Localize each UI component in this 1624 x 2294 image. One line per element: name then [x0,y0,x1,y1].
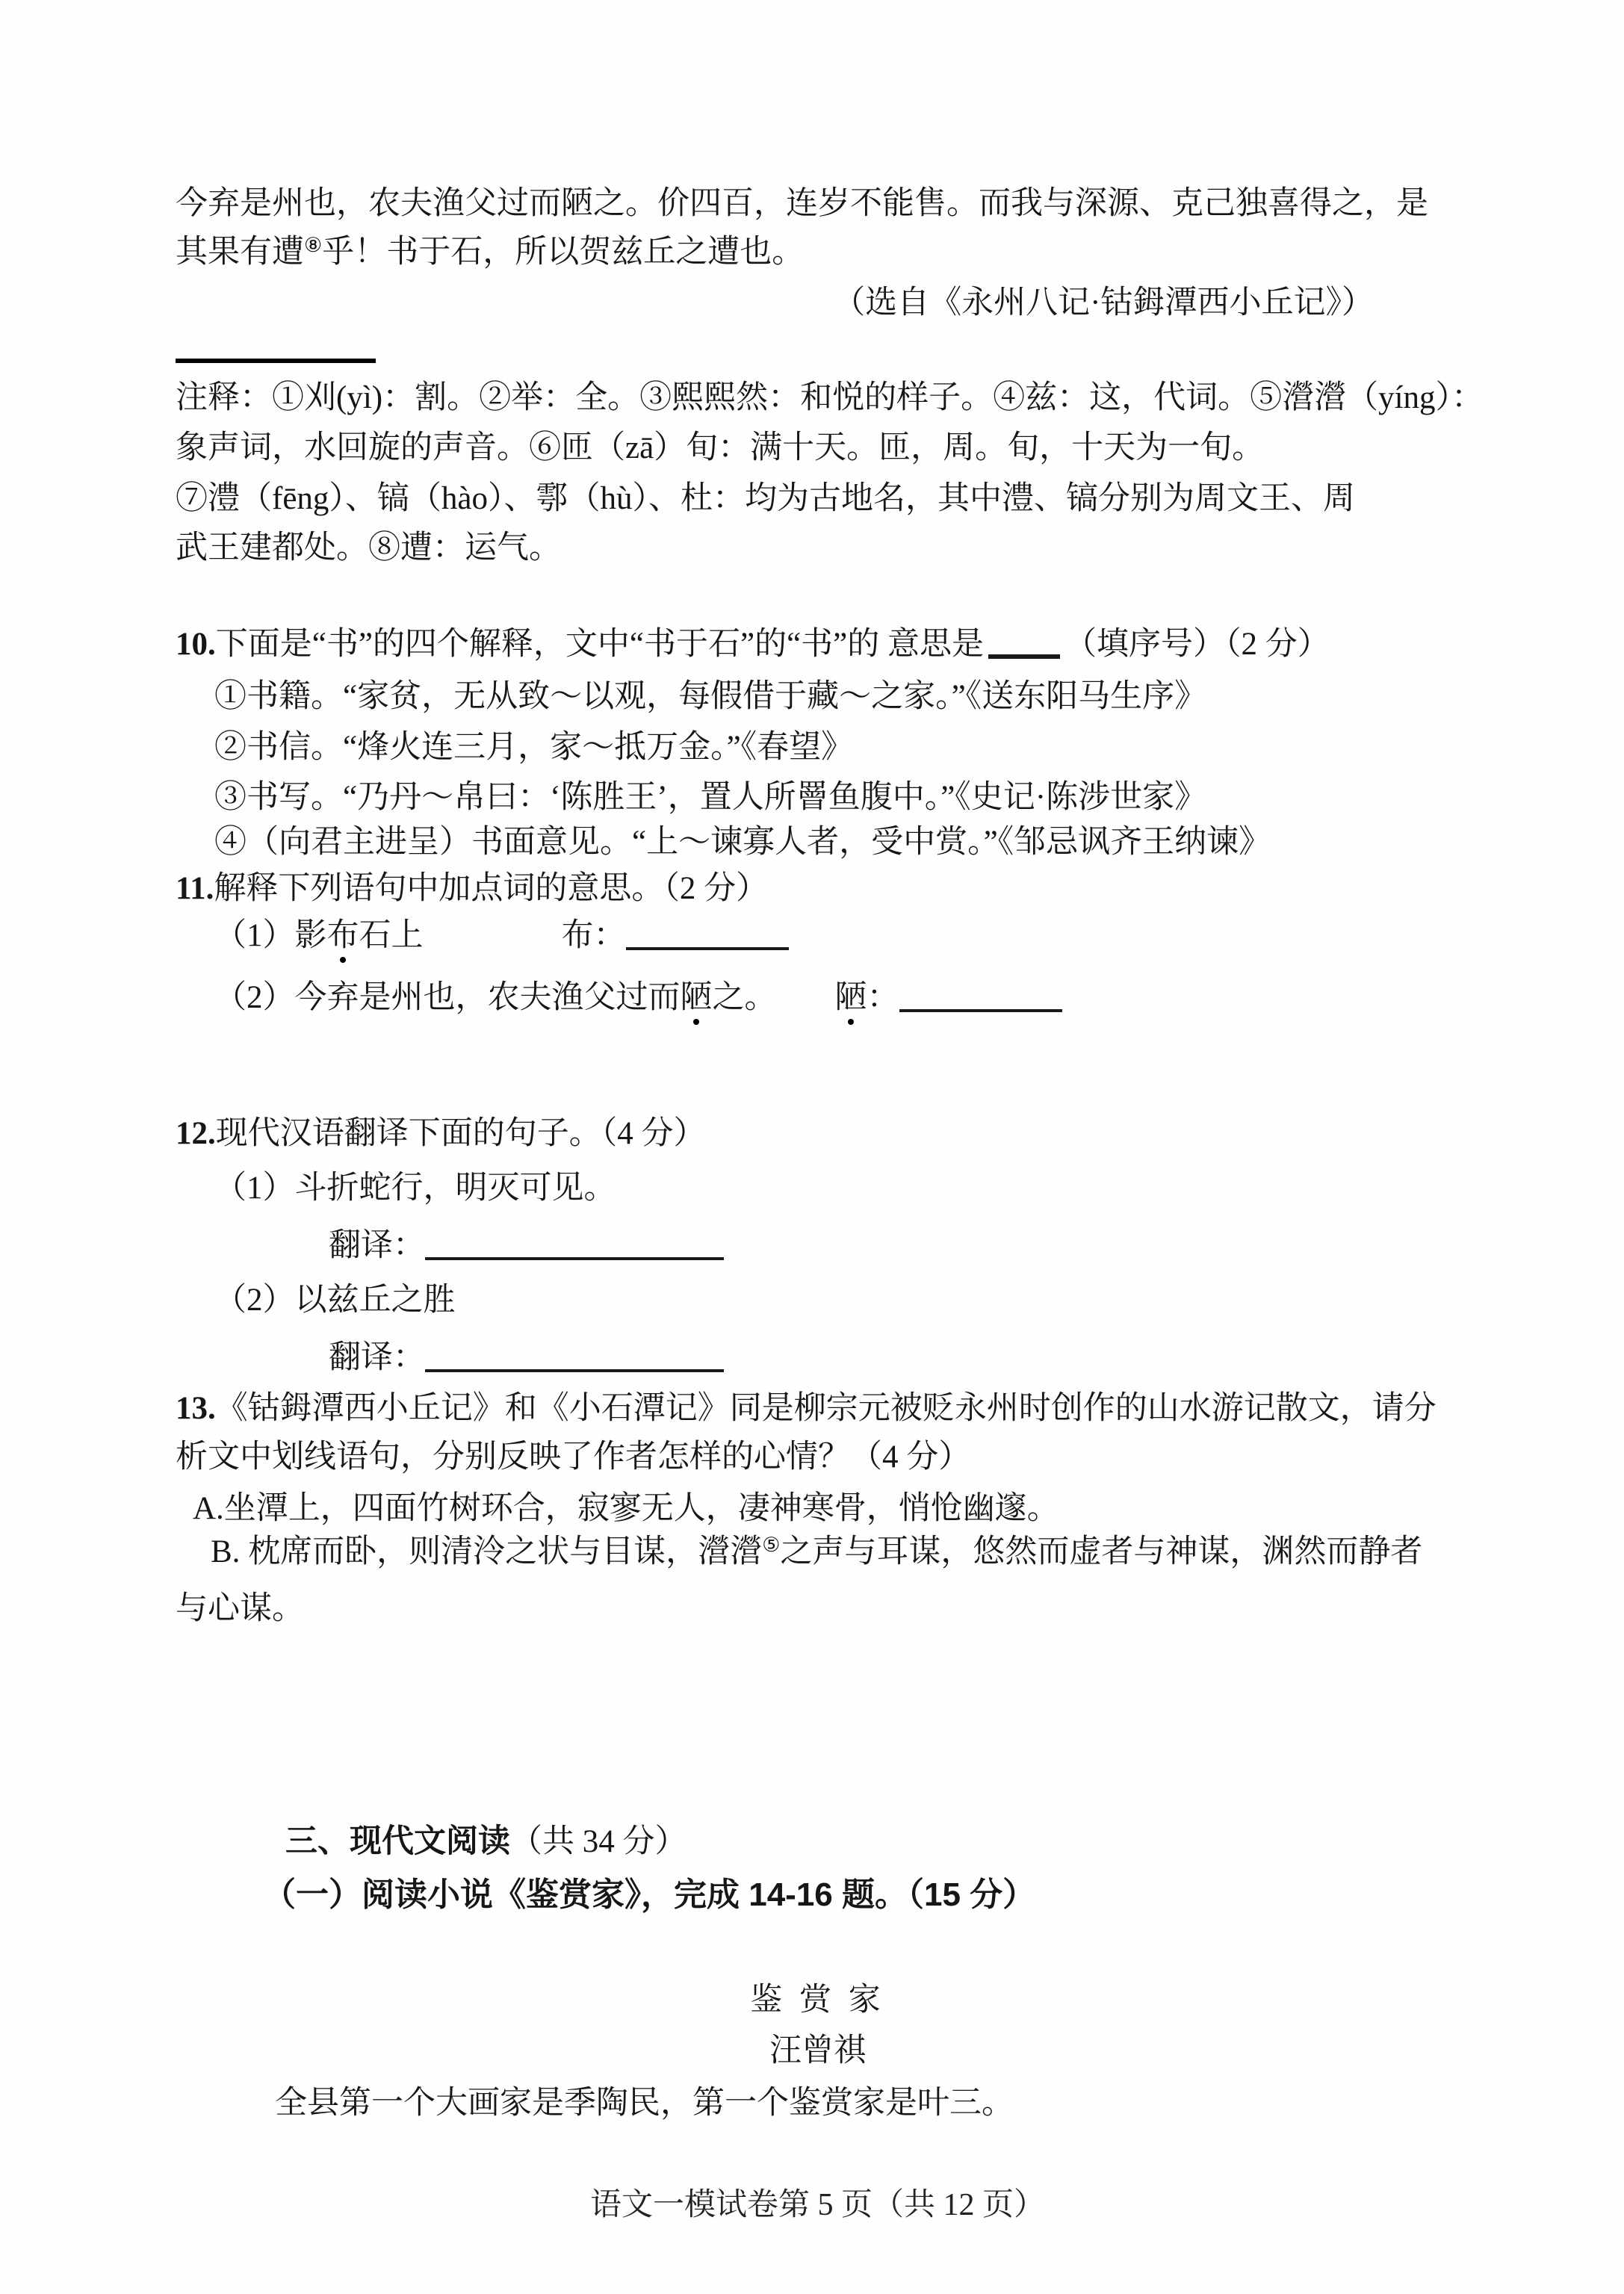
question-text: 析文中划线语句，分别反映了作者怎样的心情？（4 分） [176,1439,970,1475]
question-11-item-1: （1）影布石上布： [214,915,1460,957]
story-author-text: 汪曾祺 [769,2033,866,2068]
question-13-option-a: A.坐潭上，四面竹树环合，寂寥无人，凄神寒骨，悄怆幽邃。 [193,1488,1460,1530]
notes-separator-rule [176,359,376,363]
exam-paper-page: 今弃是州也，农夫渔父过而陋之。价四百，连岁不能售。而我与深源、克己独喜得之，是 … [0,0,1624,2294]
passage-source-line: （选自《永州八记·钴鉧潭西小丘记》） [176,282,1374,324]
question-number: 10. [176,627,216,662]
question-10-option-2: ②书信。“烽火连三月，家～抵万金。”《春望》 [214,727,1460,769]
answer-blank [899,987,1062,1012]
emphasized-char: 陋 [681,980,713,1015]
passage-text: 其果有遭 [176,235,304,270]
quoted-sentence: （1）斗折蛇行，明灭可见。 [214,1171,616,1206]
question-text: 现代汉语翻译下面的句子。（4 分） [216,1116,706,1151]
quoted-phrase: 石上 [359,918,424,953]
quoted-phrase: （1）影 [214,918,327,953]
option-text: ④（向君主进呈）书面意见。“上～谏寡人者，受中赏。”《邹忌讽齐王纳谏》 [214,825,1271,860]
quoted-sentence: （2）以兹丘之胜 [214,1283,456,1318]
question-11-stem: 11.解释下列语句中加点词的意思。（2 分） [176,868,1460,910]
subsection-title: （一）阅读小说《鉴赏家》，完成 14-16 题。（15 分） [263,1876,1035,1913]
option-text: ②书信。“烽火连三月，家～抵万金。”《春望》 [214,730,853,765]
source-citation: （选自《永州八记·钴鉧潭西小丘记》） [833,285,1374,320]
quoted-phrase: （2）今弃是州也，农夫渔父过而 [214,980,681,1015]
section-title: 三、现代文阅读 [285,1824,510,1859]
translation-line-2: 翻译： [329,1337,1460,1379]
note-text: 象声词，水回旋的声音。⑥匝（zā）旬：满十天。匝，周。旬，十天为一旬。 [176,430,1264,465]
section-3-heading: 三、现代文阅读（共 34 分） [285,1821,1460,1863]
question-10-option-4: ④（向君主进呈）书面意见。“上～谏寡人者，受中赏。”《邹忌讽齐王纳谏》 [214,822,1460,864]
answer-blank [425,1235,724,1260]
question-12-item-1: （1）斗折蛇行，明灭可见。 [214,1168,1460,1209]
story-title-text: 鉴 赏 家 [750,1983,885,2018]
option-text: A.坐潭上，四面竹树环合，寂寥无人，凄神寒骨，悄怆幽邃。 [193,1491,1059,1526]
translation-label: 翻译： [329,1340,425,1375]
option-text: 之声与耳谋，悠然而虚者与神谋，渊然而静者 [780,1534,1422,1569]
question-number: 11. [176,871,214,906]
question-text: 下面是“书”的四个解释，文中“书于石”的“书”的 意思是 [216,627,984,662]
footnote-ref-8: ⑧ [304,234,322,256]
question-11-item-2: （2）今弃是州也，农夫渔父过而陋之。陋： [214,977,1460,1019]
notes-line-3: ⑦澧（fēng）、镐（hào）、鄠（hù）、杜：均为古地名，其中澧、镐分别为周文… [176,478,1460,520]
option-text: ③书写。“乃丹～帛曰：‘陈胜王’，置人所罾鱼腹中。”《史记·陈涉世家》 [214,780,1206,815]
question-10-stem: 10.下面是“书”的四个解释，文中“书于石”的“书”的 意思是（填序号）（2 分… [176,624,1460,666]
quoted-phrase: 之。 [713,980,777,1015]
footer-text: 语文一模试卷第 5 页（共 12 页） [590,2188,1045,2222]
question-12-stem: 12.现代汉语翻译下面的句子。（4 分） [176,1113,1460,1155]
story-title: 鉴 赏 家 [176,1980,1460,2021]
question-10-option-3: ③书写。“乃丹～帛曰：‘陈胜王’，置人所罾鱼腹中。”《史记·陈涉世家》 [214,777,1460,819]
question-12-item-2: （2）以兹丘之胜 [214,1280,1460,1321]
classical-passage-line-2: 其果有遭⑧乎！书于石，所以贺兹丘之遭也。 [176,232,1460,273]
story-author: 汪曾祺 [176,2030,1460,2072]
question-text: 解释下列语句中加点词的意思。（2 分） [214,871,768,906]
translation-label: 翻译： [329,1228,425,1263]
note-text: ⑦澧（fēng）、镐（hào）、鄠（hù）、杜：均为古地名，其中澧、镐分别为周文… [176,481,1355,516]
notes-line-4: 武王建都处。⑧遭：运气。 [176,527,1460,569]
note-text: 注释：①刈(yì)：割。②举：全。③熙熙然：和悦的样子。④兹：这，代词。⑤瀯瀯（… [176,380,1484,415]
footnote-ref-5: ⑤ [762,1534,780,1556]
story-text: 全县第一个大画家是季陶民，第一个鉴赏家是叶三。 [275,2086,1014,2121]
answer-label-colon: ： [867,980,899,1015]
question-10-option-1: ①书籍。“家贫，无从致～以观，每假借于藏～之家。”《送东阳马生序》 [214,676,1460,718]
passage-text: 乎！书于石，所以贺兹丘之遭也。 [322,235,804,270]
question-text: 《钴鉧潭西小丘记》和《小石潭记》同是柳宗元被贬永州时创作的山水游记散文，请分 [216,1391,1437,1426]
translation-line-1: 翻译： [329,1225,1460,1267]
answer-blank [988,632,1060,659]
option-text: B. 枕席而卧，则清泠之状与目谋，瀯瀯 [211,1534,762,1569]
notes-line-1: 注释：①刈(yì)：割。②举：全。③熙熙然：和悦的样子。④兹：这，代词。⑤瀯瀯（… [176,377,1460,419]
question-number: 12. [176,1116,216,1151]
answer-blank [425,1347,724,1372]
section-points: （共 34 分） [510,1824,687,1859]
question-13-option-b-line-1: B. 枕席而卧，则清泠之状与目谋，瀯瀯⑤之声与耳谋，悠然而虚者与神谋，渊然而静者 [211,1531,1460,1573]
note-text: 武王建都处。⑧遭：运气。 [176,530,561,565]
answer-label-char: 陋 [835,980,867,1015]
notes-line-2: 象声词，水回旋的声音。⑥匝（zā）旬：满十天。匝，周。旬，十天为一旬。 [176,427,1460,469]
emphasized-char: 布 [327,918,359,953]
question-13-stem-line-2: 析文中划线语句，分别反映了作者怎样的心情？（4 分） [176,1436,1460,1478]
question-13-option-b-line-2: 与心谋。 [176,1588,1460,1630]
page-footer: 语文一模试卷第 5 页（共 12 页） [176,2185,1460,2226]
option-text: ①书籍。“家贫，无从致～以观，每假借于藏～之家。”《送东阳马生序》 [214,679,1206,714]
option-text: 与心谋。 [176,1591,304,1626]
question-number: 13. [176,1391,216,1426]
question-text: （填序号）（2 分） [1064,627,1330,662]
classical-passage-line-1: 今弃是州也，农夫渔父过而陋之。价四百，连岁不能售。而我与深源、克己独喜得之，是 [176,183,1460,225]
story-first-paragraph: 全县第一个大画家是季陶民，第一个鉴赏家是叶三。 [275,2083,1460,2124]
answer-blank [626,925,789,950]
question-13-stem-line-1: 13.《钴鉧潭西小丘记》和《小石潭记》同是柳宗元被贬永州时创作的山水游记散文，请… [176,1388,1460,1430]
passage-text: 今弃是州也，农夫渔父过而陋之。价四百，连岁不能售。而我与深源、克己独喜得之，是 [176,186,1428,221]
subsection-1-heading: （一）阅读小说《鉴赏家》，完成 14-16 题。（15 分） [263,1873,1460,1916]
answer-label: 布： [562,918,626,953]
